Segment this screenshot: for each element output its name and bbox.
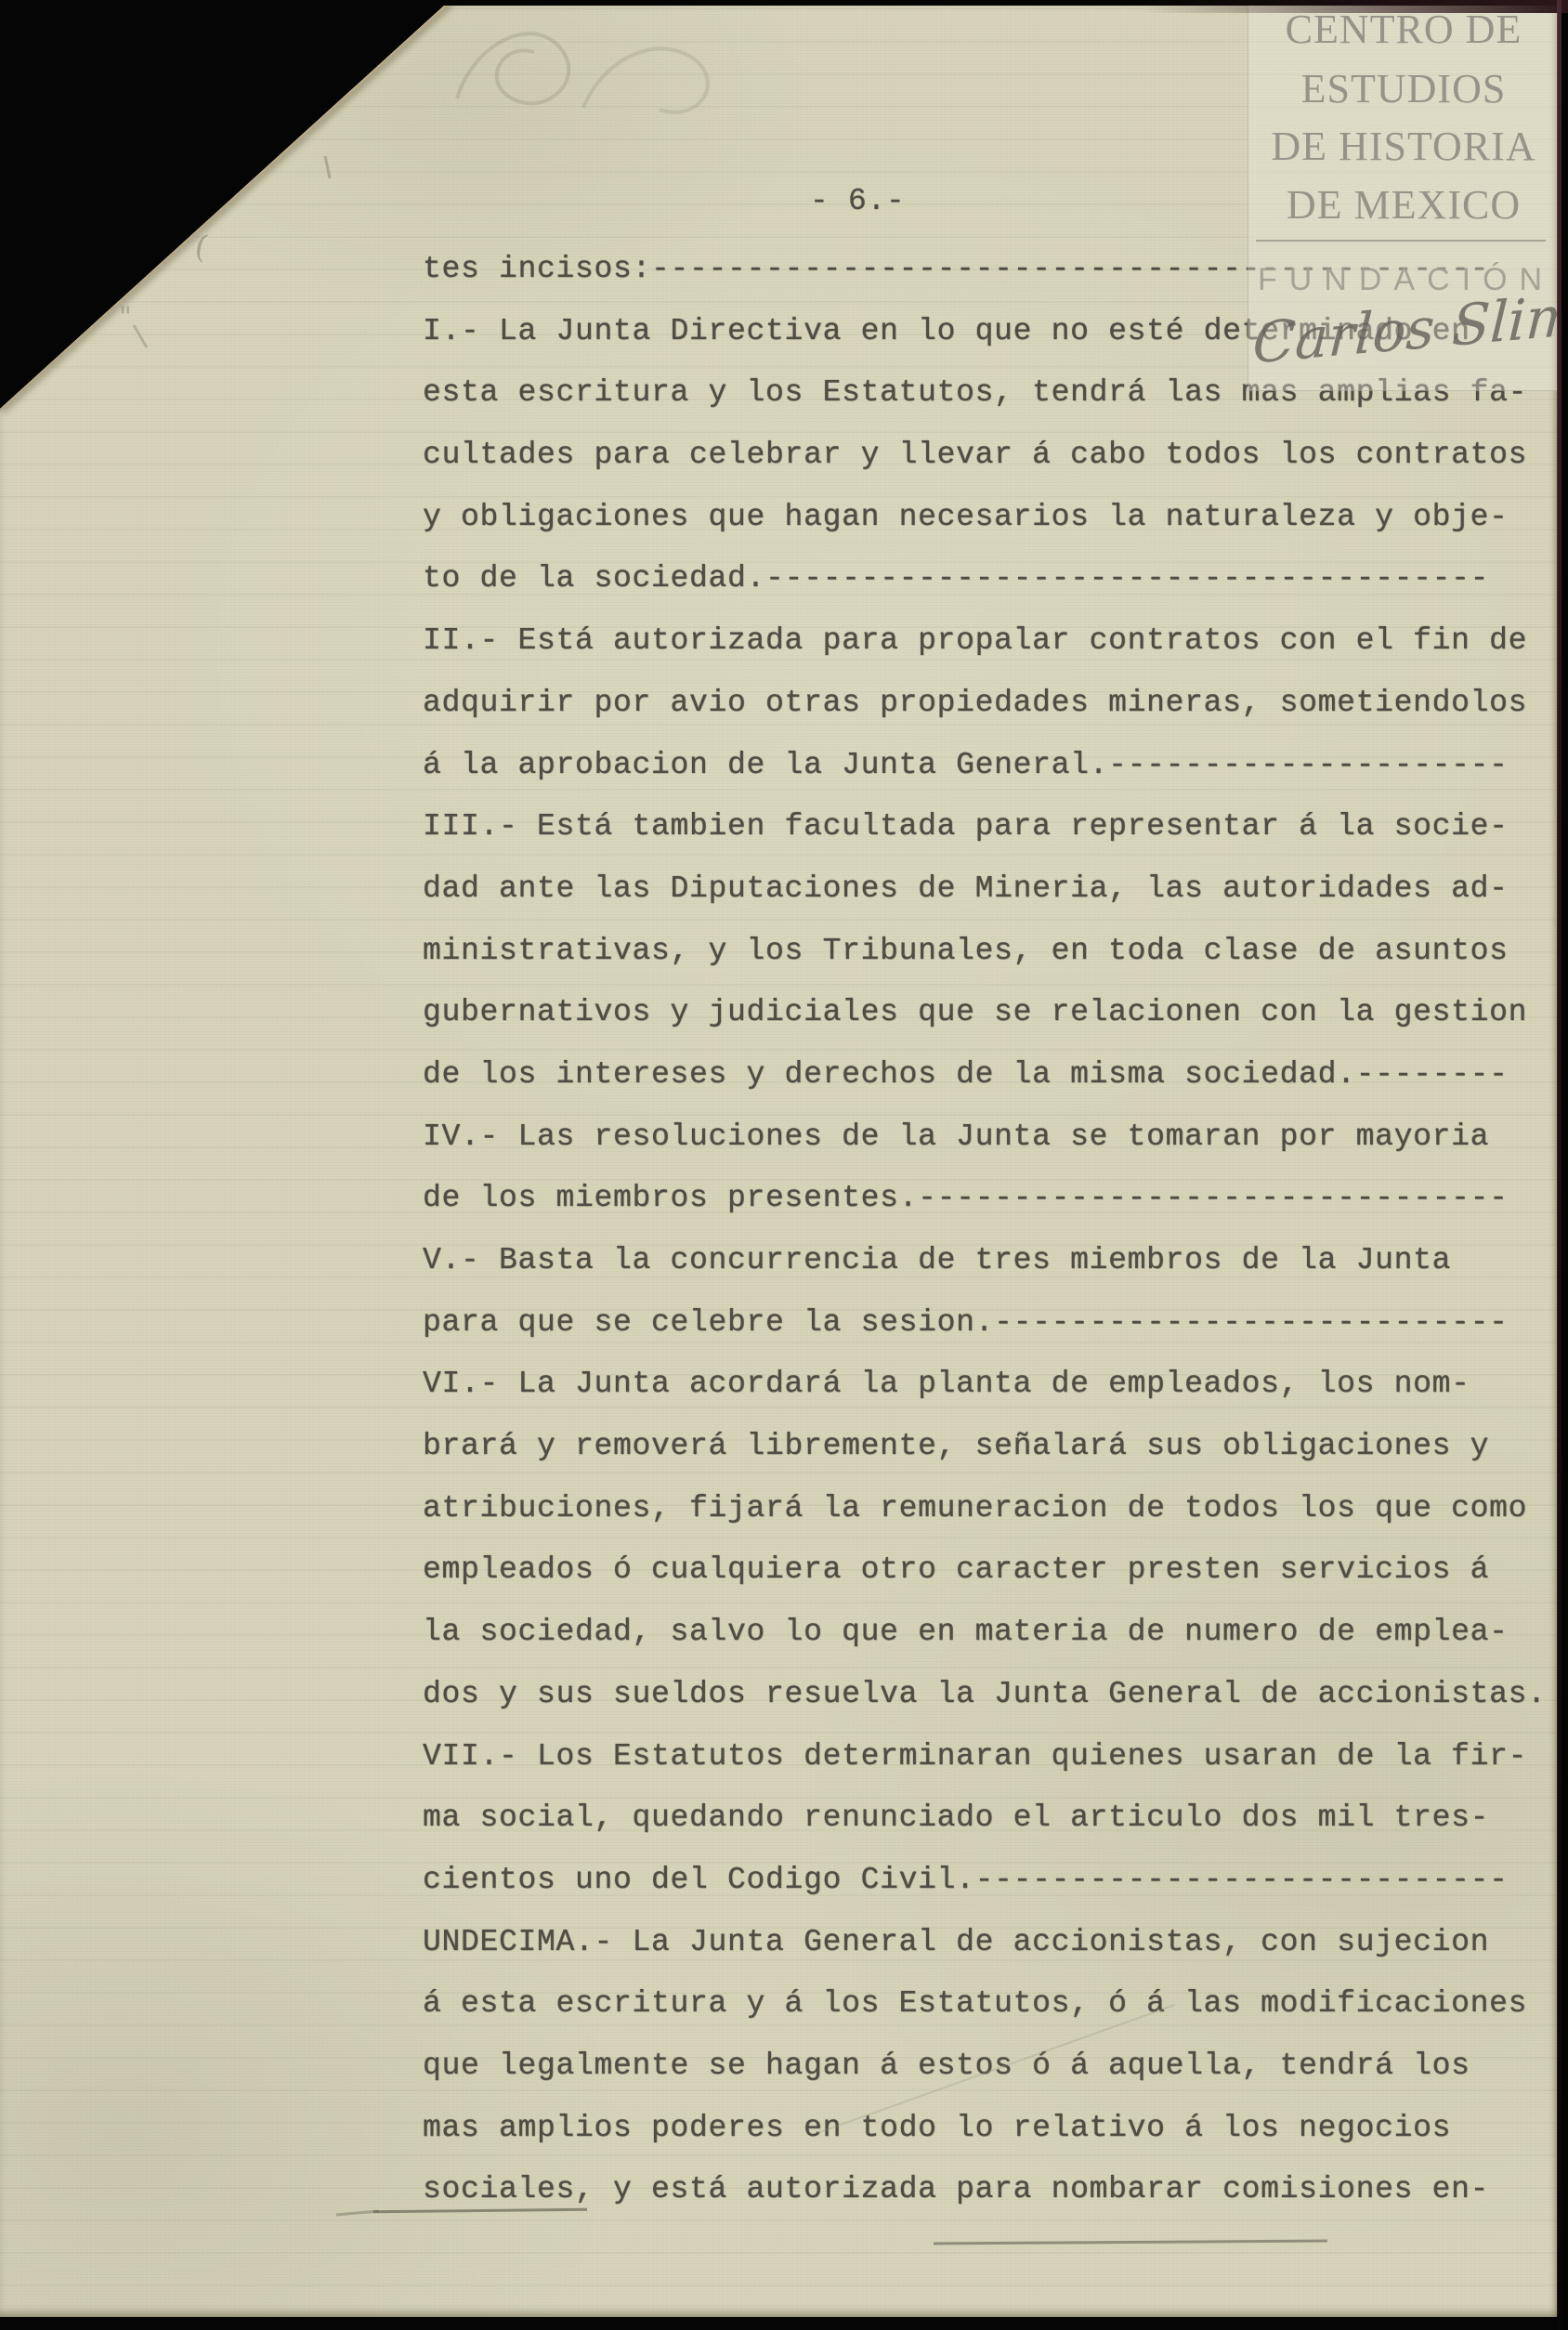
watermark-signature: Carlos Slim xyxy=(1251,287,1560,373)
watermark-institution-line: CENTRO DE xyxy=(1248,7,1559,52)
typed-line: UNDECIMA.- La Junta General de accionist… xyxy=(423,1924,1519,1986)
typed-line: to de la sociedad.----------------------… xyxy=(423,560,1519,622)
typed-line: para que se celebre la sesion.----------… xyxy=(423,1304,1519,1367)
typed-line: de los intereses y derechos de la misma … xyxy=(423,1056,1519,1119)
page-number: - 6.- xyxy=(810,186,906,216)
typed-line: V.- Basta la concurrencia de tres miembr… xyxy=(423,1242,1519,1304)
typed-line: VII.- Los Estatutos determinaran quienes… xyxy=(423,1738,1519,1800)
watermark-institution-line: DE MEXICO xyxy=(1248,183,1559,228)
typed-line: dos y sus sueldos resuelva la Junta Gene… xyxy=(423,1676,1519,1738)
typed-line: gubernativos y judiciales que se relacio… xyxy=(423,994,1519,1056)
typed-line: de los miembros presentes.--------------… xyxy=(423,1180,1519,1242)
typed-line: á esta escritura y á los Estatutos, ó á … xyxy=(423,1985,1519,2048)
typed-line: III.- Está tambien facultada para repres… xyxy=(423,808,1519,870)
typed-line: y obligaciones que hagan necesarios la n… xyxy=(423,499,1519,561)
typed-line: ministrativas, y los Tribunales, en toda… xyxy=(423,933,1519,995)
typed-line: atribuciones, fijará la remuneracion de … xyxy=(423,1490,1519,1552)
typed-line: sociales, y está autorizada para nombara… xyxy=(423,2171,1519,2233)
scan-frame-right-edge xyxy=(1557,0,1561,2330)
typed-line: ma social, quedando renunciado el articu… xyxy=(423,1800,1519,1862)
typed-line: empleados ó cualquiera otro caracter pre… xyxy=(423,1551,1519,1614)
typed-line: dad ante las Diputaciones de Mineria, la… xyxy=(423,870,1519,933)
typewriter-underline xyxy=(934,2240,1327,2245)
typed-line: la sociedad, salvo lo que en materia de … xyxy=(423,1614,1519,1676)
typewritten-text-block: tes incisos:----------------------------… xyxy=(423,251,1519,2233)
watermark-institution-line: DE HISTORIA xyxy=(1248,124,1559,169)
stray-pencil-mark: " xyxy=(119,301,132,334)
typed-line: adquirir por avio otras propiedades mine… xyxy=(423,685,1519,747)
watermark-divider-line xyxy=(1256,240,1546,242)
typed-line: que legalmente se hagan á estos ó á aque… xyxy=(423,2048,1519,2110)
archive-watermark: CENTRO DE ESTUDIOS DE HISTORIA DE MEXICO… xyxy=(1248,6,1559,391)
clipped-corner-edge xyxy=(0,0,449,412)
typed-line: cultades para celebrar y llevar á cabo t… xyxy=(423,437,1519,499)
scan-frame-top-tint xyxy=(1141,0,1568,13)
typed-line: mas amplios poderes en todo lo relativo … xyxy=(423,2110,1519,2172)
typed-line: IV.- Las resoluciones de la Junta se tom… xyxy=(423,1119,1519,1181)
typed-line: VI.- La Junta acordará la planta de empl… xyxy=(423,1366,1519,1428)
typed-line: II.- Está autorizada para propalar contr… xyxy=(423,622,1519,685)
scanned-document-canvas: - 6.- tes incisos:----------------------… xyxy=(0,0,1568,2330)
document-paper: - 6.- tes incisos:----------------------… xyxy=(0,6,1558,2317)
watermark-institution-line: ESTUDIOS xyxy=(1248,67,1559,111)
typed-line: á la aprobacion de la Junta General.----… xyxy=(423,747,1519,809)
typed-line: brará y removerá libremente, señalará su… xyxy=(423,1428,1519,1490)
typed-line: cientos uno del Codigo Civil.-----------… xyxy=(423,1862,1519,1924)
